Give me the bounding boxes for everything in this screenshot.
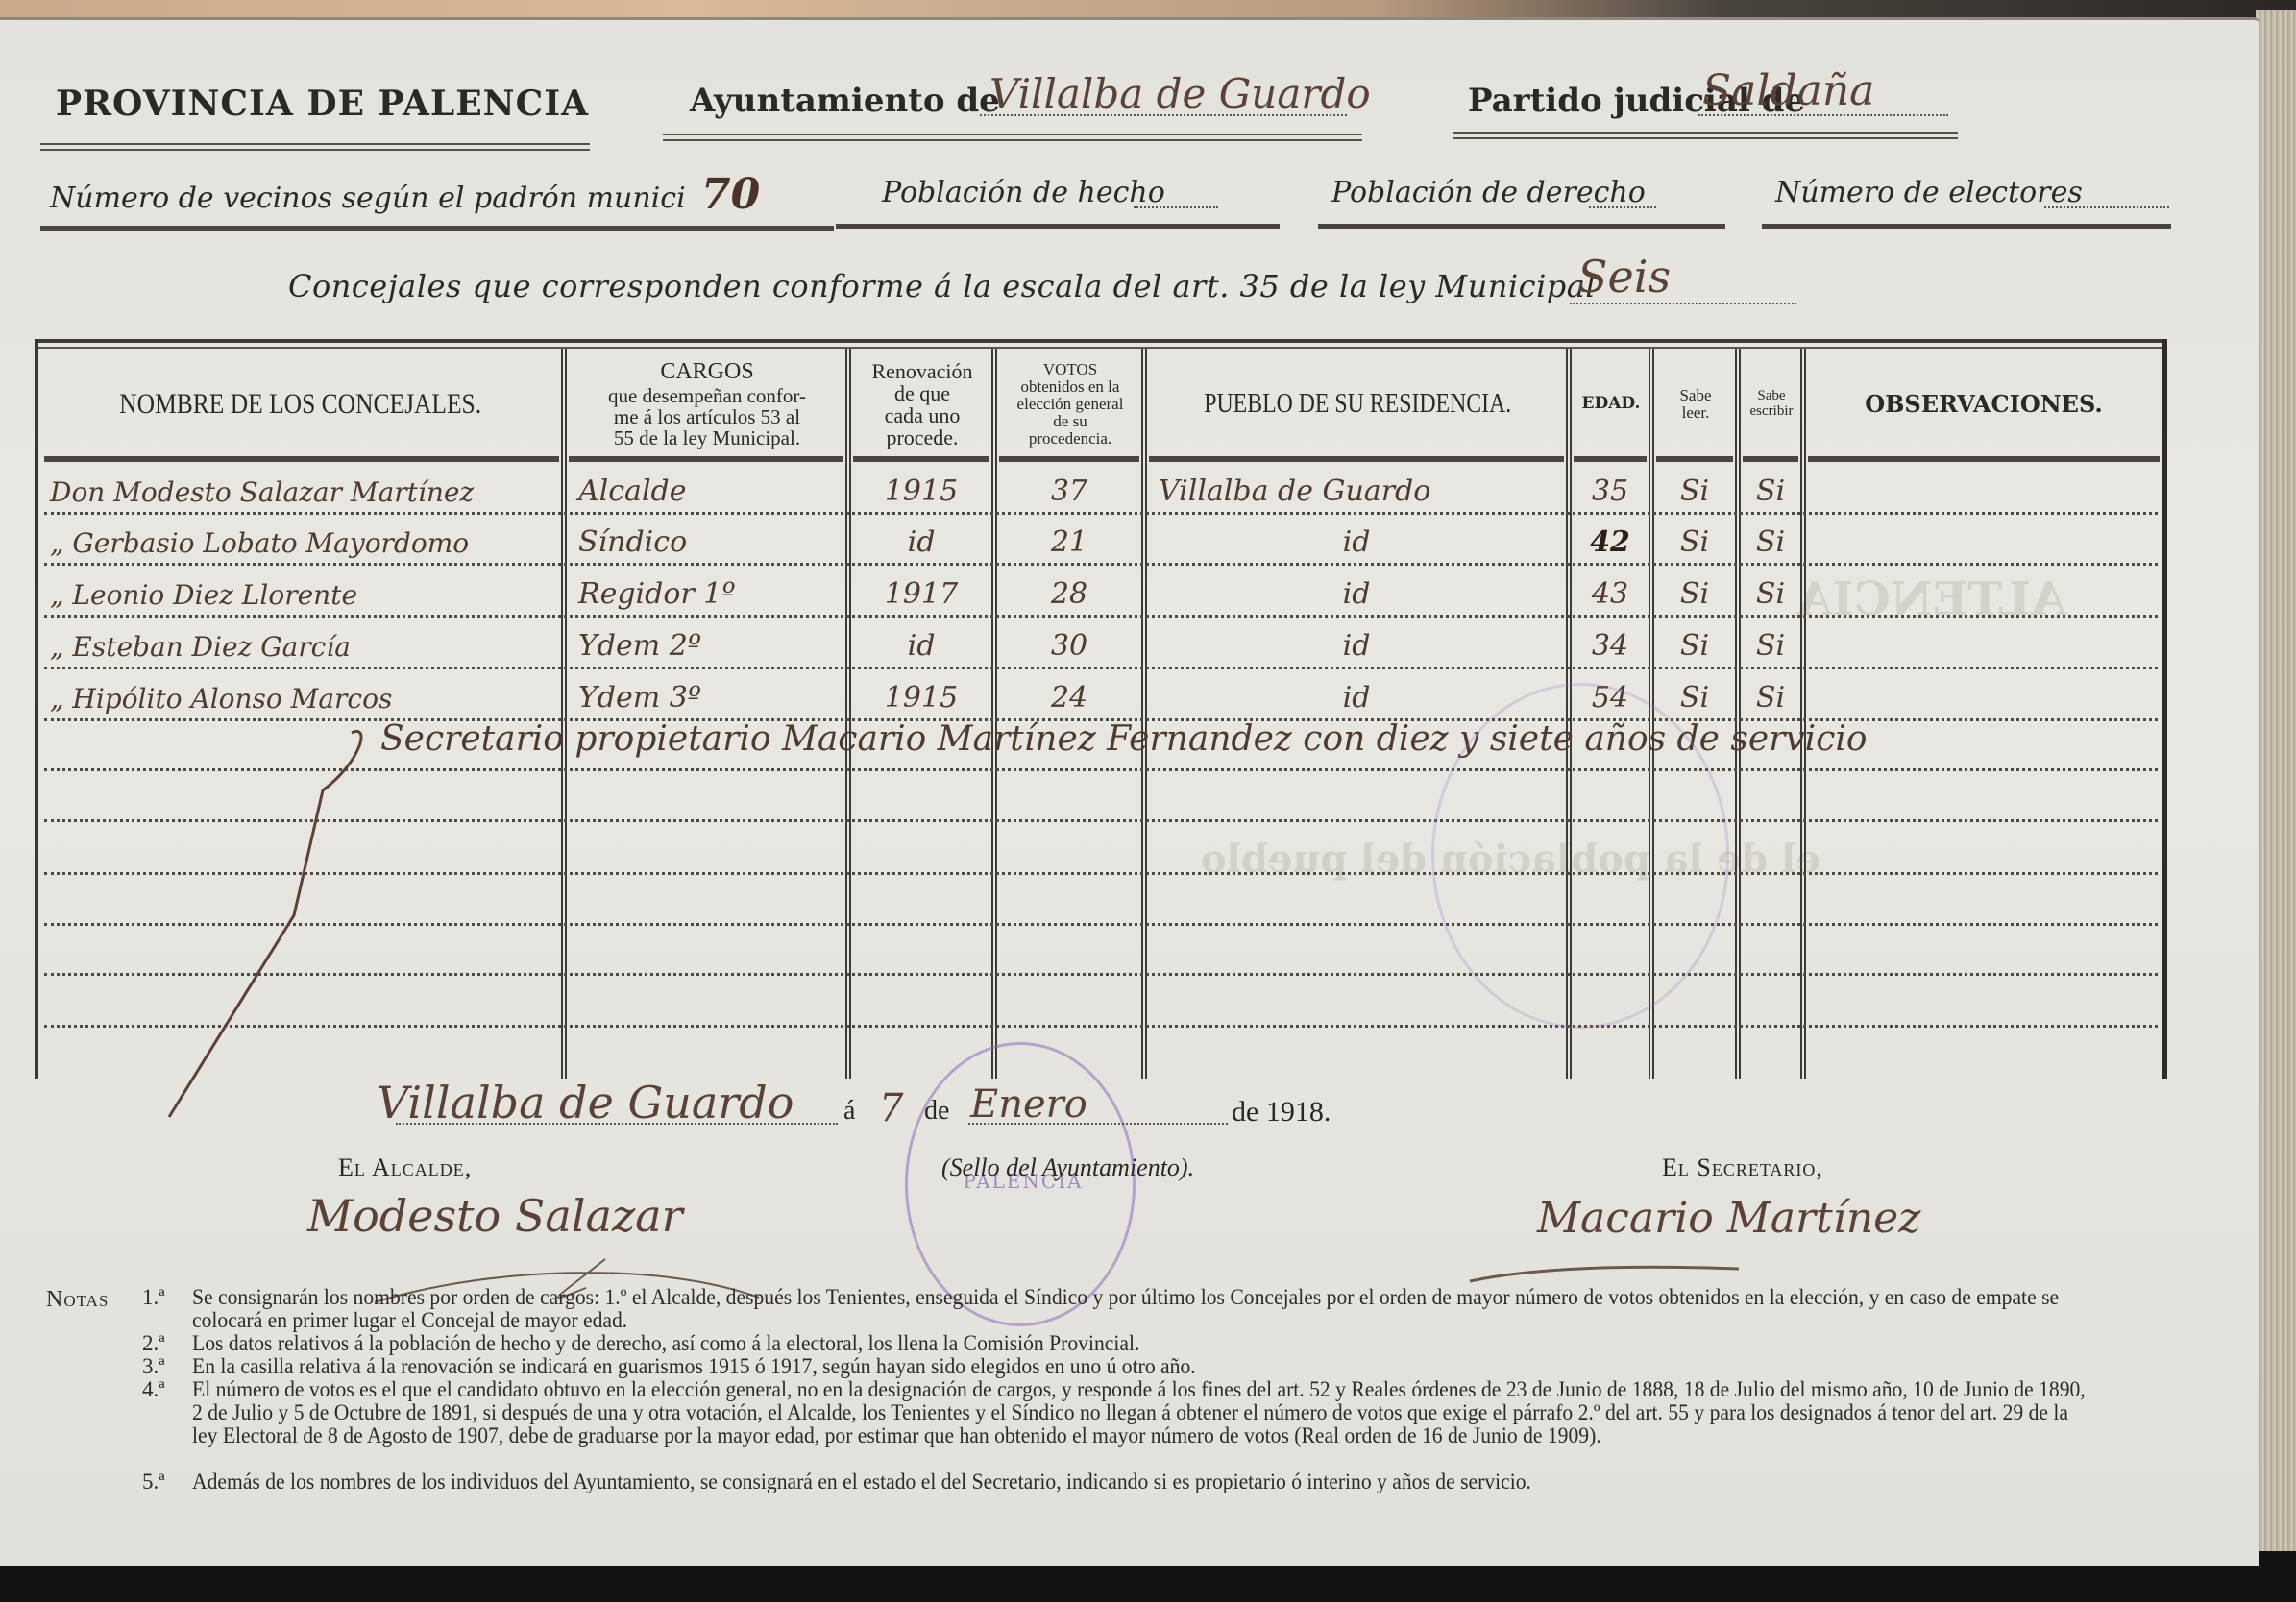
cell-edad: 34 (1574, 622, 1647, 667)
footer-month-dotline (968, 1123, 1228, 1125)
footer-a-label: á (843, 1096, 855, 1127)
cell-nombre: „ Leonio Diez Llorente (40, 570, 559, 615)
concejales-label: Concejales que corresponden conforme á l… (288, 268, 1596, 304)
stats-rule (1762, 224, 2171, 229)
footer-place-dotline (396, 1123, 838, 1125)
footer-day: 7 (879, 1086, 903, 1130)
header-observaciones: OBSERVACIONES. (1808, 352, 2160, 456)
header-pueblo: PUEBLO DE SU RESIDENCIA. (1149, 352, 1566, 456)
footer-de-label: de (924, 1096, 949, 1127)
row-divider (44, 512, 2158, 515)
cell-renovacion: 1915 (853, 674, 989, 718)
concejales-dotline (1570, 303, 1796, 304)
header-votos-text: obtenidos en la (1021, 378, 1120, 396)
header-votos-text: de su (1053, 413, 1087, 430)
notes-label: Notas (46, 1288, 109, 1311)
header-votos-text: procedencia. (1029, 430, 1111, 448)
stats-rule (836, 224, 1280, 229)
cell-nombre: „ Gerbasio Lobato Mayordomo (40, 519, 559, 563)
cell-leer: Si (1656, 570, 1733, 615)
header-renovacion-text: procede. (886, 426, 958, 449)
stats-rule (40, 226, 834, 231)
header-underline (569, 456, 843, 462)
table-left-border (35, 339, 38, 1079)
column-divider (991, 349, 997, 1079)
cell-renovacion: id (853, 622, 989, 667)
header-rule (40, 143, 590, 151)
row-divider (44, 615, 2158, 618)
vecinos-label: Número de vecinos según el padrón munici (50, 182, 686, 215)
concejales-value: Seis (1577, 251, 1671, 303)
electores-label: Número de electores (1775, 176, 2083, 209)
column-divider (561, 349, 567, 1079)
header-underline (1808, 456, 2160, 462)
header-underline (1574, 456, 1647, 462)
sello-label: (Sello del Ayuntamiento). (941, 1153, 1194, 1182)
header-leer: Sabe leer. (1656, 352, 1735, 456)
cell-leer: Si (1656, 622, 1733, 667)
header-renovacion-text: Renovación (871, 360, 972, 382)
cell-leer: Si (1656, 468, 1733, 512)
poblacion-derecho-label: Población de derecho (1331, 176, 1646, 209)
cell-escribir: Si (1743, 519, 1798, 563)
cell-edad: 35 (1574, 468, 1647, 512)
secretario-signature: Macario Martínez (1537, 1194, 1920, 1243)
column-divider (845, 349, 851, 1079)
header-edad: EDAD. (1574, 352, 1649, 456)
cell-escribir: Si (1743, 674, 1798, 718)
column-divider (1141, 349, 1147, 1079)
note-number: 2.ª (142, 1332, 165, 1355)
cell-cargo: Ydem 3º (569, 674, 843, 718)
cell-pueblo: id (1149, 622, 1564, 667)
cell-pueblo: id (1149, 570, 1564, 615)
cell-edad: 43 (1574, 570, 1647, 615)
secretario-flourish-icon (1460, 1248, 1748, 1286)
note-text: Se consignarán los nombres por orden de … (192, 1286, 2088, 1332)
header-observaciones-text: OBSERVACIONES. (1865, 392, 2103, 416)
book-page-edges (2256, 10, 2296, 1585)
row-divider (44, 563, 2158, 566)
ayuntamiento-label: Ayuntamiento de (690, 82, 1000, 120)
ayuntamiento-value: Villalba de Guardo (989, 70, 1371, 117)
cell-observaciones (1808, 468, 2160, 512)
cell-votos: 28 (999, 570, 1139, 615)
header-cargos-sub: 55 de la ley Municipal. (614, 427, 800, 449)
header-underline (853, 456, 989, 462)
header-edad-text: EDAD. (1582, 396, 1641, 413)
header-renovacion: Renovación de que cada uno procede. (853, 352, 991, 456)
cell-renovacion: 1915 (853, 468, 989, 512)
cell-pueblo: Villalba de Guardo (1149, 468, 1564, 512)
header-votos: VOTOS obtenidos en la elección general d… (999, 352, 1141, 456)
header-nombre: NOMBRE DE LOS CONCEJALES. (40, 352, 561, 456)
header-rule (663, 133, 1362, 141)
alcalde-label: El Alcalde, (338, 1153, 472, 1182)
header-cargos-sub: me á los artículos 53 al (614, 406, 800, 427)
cell-nombre: „ Hipólito Alonso Marcos (40, 674, 559, 718)
header-leer-text: Sabe (1679, 387, 1711, 404)
note-number: 4.ª (142, 1378, 165, 1401)
cell-votos: 30 (999, 622, 1139, 667)
document-sheet: ALTENCIA el de la población del pueblo P… (0, 17, 2259, 1566)
note-text: El número de votos es el que el candidat… (192, 1378, 2088, 1447)
header-cargos-sub: que desempeñan confor- (608, 385, 806, 406)
header-underline (1743, 456, 1798, 462)
cell-cargo: Alcalde (569, 468, 843, 512)
cell-escribir: Si (1743, 468, 1798, 512)
province-title: PROVINCIA DE PALENCIA (56, 84, 589, 124)
header-pueblo-text: PUEBLO DE SU RESIDENCIA. (1204, 390, 1511, 418)
poblacion-hecho-dotline (1134, 206, 1218, 208)
footer-year: de 1918. (1232, 1096, 1331, 1129)
header-underline (44, 456, 559, 462)
header-cargos: CARGOS que desempeñan confor- me á los a… (569, 352, 845, 456)
cell-renovacion: id (853, 519, 989, 563)
header-votos-text: VOTOS (1043, 361, 1097, 378)
poblacion-derecho-dotline (1589, 206, 1656, 208)
electores-dotline (2044, 206, 2169, 208)
cell-votos: 24 (999, 674, 1139, 718)
cell-edad: 42 (1574, 519, 1647, 563)
header-rule (1453, 132, 1958, 139)
note-number: 5.ª (142, 1470, 165, 1493)
header-escribir: Sabe escribir (1743, 352, 1800, 456)
cell-votos: 21 (999, 519, 1139, 563)
header-renovacion-text: de que (894, 382, 950, 404)
header-renovacion-text: cada uno (885, 404, 961, 426)
table-top-border (35, 339, 2167, 349)
cell-nombre: „ Esteban Diez García (40, 622, 559, 667)
header-nombre-text: NOMBRE DE LOS CONCEJALES. (120, 389, 482, 420)
column-divider (1735, 349, 1741, 1079)
poblacion-hecho-label: Población de hecho (882, 176, 1165, 209)
cell-escribir: Si (1743, 570, 1798, 615)
note-text: Los datos relativos á la población de he… (192, 1332, 2088, 1355)
note-text: Además de los nombres de los individuos … (192, 1470, 2088, 1493)
header-votos-text: elección general (1017, 396, 1124, 413)
stats-rule (1318, 224, 1725, 229)
partido-value: Saldaña (1702, 66, 1874, 115)
cell-cargo: Síndico (569, 519, 843, 563)
header-escribir-text: escribir (1750, 404, 1794, 420)
cell-observaciones (1808, 519, 2160, 563)
note-number: 3.ª (142, 1355, 165, 1378)
cell-cargo: Regidor 1º (569, 570, 843, 615)
cancel-stroke-icon (131, 723, 380, 1127)
cell-observaciones (1808, 674, 2160, 718)
stamp-ghost (1431, 683, 1729, 1029)
cell-observaciones (1808, 622, 2160, 667)
column-divider (1800, 349, 1806, 1079)
note-number: 1.ª (142, 1286, 165, 1309)
cell-pueblo: id (1149, 519, 1564, 563)
cell-votos: 37 (999, 468, 1139, 512)
footer-month: Enero (970, 1082, 1087, 1127)
vecinos-value: 70 (701, 170, 760, 219)
footer-place: Villalba de Guardo (377, 1077, 794, 1129)
concejales-table: NOMBRE DE LOS CONCEJALES. CARGOS que des… (35, 339, 2167, 1079)
secretario-label: El Secretario, (1662, 1153, 1823, 1182)
cell-leer: Si (1656, 674, 1733, 718)
header-leer-text: leer. (1682, 404, 1710, 422)
note-text: En la casilla relativa á la renovación s… (192, 1355, 2088, 1378)
cell-leer: Si (1656, 519, 1733, 563)
alcalde-signature: Modesto Salazar (307, 1190, 683, 1242)
header-underline (999, 456, 1139, 462)
secretario-note: Secretario propietario Macario Martínez … (380, 719, 2167, 759)
header-underline (1149, 456, 1564, 462)
header-escribir-text: Sabe (1757, 389, 1785, 404)
cell-cargo: Ydem 2º (569, 622, 843, 667)
header-cargos-title: CARGOS (660, 360, 753, 384)
cell-renovacion: 1917 (853, 570, 989, 615)
row-divider (44, 667, 2158, 669)
cell-escribir: Si (1743, 622, 1798, 667)
table-right-border (2162, 339, 2167, 1079)
cell-nombre: Don Modesto Salazar Martínez (40, 468, 559, 512)
header-underline (1656, 456, 1733, 462)
cell-observaciones (1808, 570, 2160, 615)
